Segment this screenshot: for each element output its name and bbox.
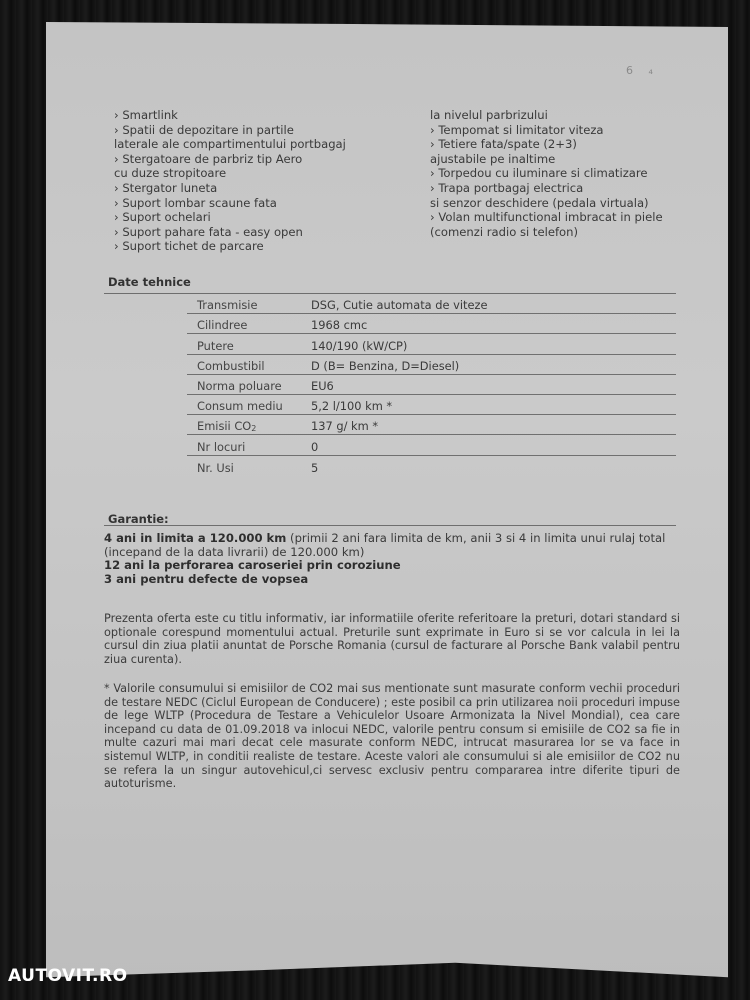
list-item: si senzor deschidere (pedala virtuala) — [430, 196, 720, 211]
list-item: › Suport pahare fata - easy open — [114, 225, 414, 240]
list-item: › Stergatoare de parbriz tip Aero — [114, 152, 414, 167]
section-divider — [104, 525, 676, 526]
warranty-highlight: 12 ani la perforarea caroseriei prin cor… — [104, 558, 401, 572]
table-row: Putere 140/190 (kW/CP) — [187, 334, 676, 354]
warranty-section-title: Garantie: — [108, 512, 169, 526]
technical-section-title: Date tehnice — [108, 275, 191, 289]
spec-value: 5,2 l/100 km * — [311, 399, 676, 413]
table-row: Emisii CO2 137 g/ km * — [187, 415, 676, 435]
spec-label: Nr locuri — [187, 440, 311, 454]
footnote-paragraph: * Valorile consumului si emisiilor de CO… — [104, 682, 680, 791]
warranty-line-3: 3 ani pentru defecte de vopsea — [104, 573, 684, 587]
spec-label: Emisii CO2 — [187, 419, 311, 433]
warranty-highlight: 3 ani pentru defecte de vopsea — [104, 572, 308, 586]
warranty-line-1: 4 ani in limita a 120.000 km (primii 2 a… — [104, 532, 684, 559]
equipment-list-right: la nivelul parbrizului › Tempomat si lim… — [430, 108, 720, 239]
list-item: cu duze stropitoare — [114, 166, 414, 181]
list-item: › Spatii de depozitare in partile — [114, 123, 414, 138]
table-row: Nr. Usi 5 — [187, 456, 676, 476]
list-item: › Torpedou cu iluminare si climatizare — [430, 166, 720, 181]
spec-label: Putere — [187, 339, 311, 353]
spec-label: Consum mediu — [187, 399, 311, 413]
page-number-mark: 6 ₄ — [626, 64, 659, 77]
list-item: › Tempomat si limitator viteza — [430, 123, 720, 138]
spec-value: 140/190 (kW/CP) — [311, 339, 676, 353]
table-row: Nr locuri 0 — [187, 435, 676, 455]
list-item: › Trapa portbagaj electrica — [430, 181, 720, 196]
warranty-line-2: 12 ani la perforarea caroseriei prin cor… — [104, 559, 684, 573]
spec-label: Norma poluare — [187, 379, 311, 393]
spec-value: 0 — [311, 440, 676, 454]
equipment-list-left: › Smartlink › Spatii de depozitare in pa… — [114, 108, 414, 254]
technical-specs-table: Transmisie DSG, Cutie automata de viteze… — [187, 294, 676, 476]
list-item: › Volan multifunctional imbracat in piel… — [430, 210, 720, 225]
spec-value: D (B= Benzina, D=Diesel) — [311, 359, 676, 373]
document-page: 6 ₄ › Smartlink › Spatii de depozitare i… — [46, 22, 728, 982]
list-item: › Suport lombar scaune fata — [114, 196, 414, 211]
spec-label: Cilindree — [187, 318, 311, 332]
spec-value: DSG, Cutie automata de viteze — [311, 298, 676, 312]
list-item: laterale ale compartimentului portbagaj — [114, 137, 414, 152]
list-item: › Suport ochelari — [114, 210, 414, 225]
table-row: Transmisie DSG, Cutie automata de viteze — [187, 294, 676, 314]
spec-value: 1968 cmc — [311, 318, 676, 332]
table-row: Norma poluare EU6 — [187, 375, 676, 395]
spec-value: EU6 — [311, 379, 676, 393]
spec-label: Combustibil — [187, 359, 311, 373]
autovit-watermark-logo: AUTOVIT.RO — [8, 966, 128, 986]
disclaimer-paragraph: Prezenta oferta este cu titlu informativ… — [104, 612, 680, 666]
spec-value: 137 g/ km * — [311, 419, 676, 433]
list-item: › Tetiere fata/spate (2+3) — [430, 137, 720, 152]
spec-label-text: Emisii CO — [197, 419, 251, 433]
spec-value: 5 — [311, 461, 676, 475]
list-item: › Stergator luneta — [114, 181, 414, 196]
warranty-highlight: 4 ani in limita a 120.000 km — [104, 531, 286, 545]
list-item: ajustabile pe inaltime — [430, 152, 720, 167]
list-item: › Suport tichet de parcare — [114, 239, 414, 254]
list-item: › Smartlink — [114, 108, 414, 123]
table-row: Consum mediu 5,2 l/100 km * — [187, 395, 676, 415]
list-item: (comenzi radio si telefon) — [430, 225, 720, 240]
table-row: Cilindree 1968 cmc — [187, 314, 676, 334]
warranty-block: 4 ani in limita a 120.000 km (primii 2 a… — [104, 532, 684, 586]
spec-label: Nr. Usi — [187, 461, 311, 475]
spec-label: Transmisie — [187, 298, 311, 312]
subscript: 2 — [251, 424, 256, 433]
table-row: Combustibil D (B= Benzina, D=Diesel) — [187, 355, 676, 375]
list-item: la nivelul parbrizului — [430, 108, 720, 123]
